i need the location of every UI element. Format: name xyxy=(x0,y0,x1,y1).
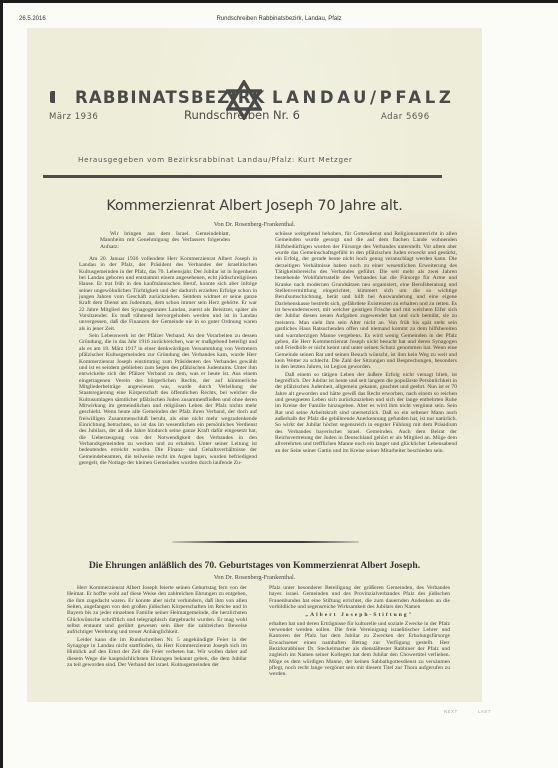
print-title: Rundschreiben Rabbinatsbezirk, Landau, P… xyxy=(0,16,558,22)
paragraph: Herr Kommerzienrat Albert Joseph feierte… xyxy=(67,585,247,636)
section-divider xyxy=(172,541,359,543)
print-header: 26.5.2016 Rundschreiben Rabbinatsbezirk,… xyxy=(0,16,558,28)
letterhead: RABBINATSBEZIRK LANDAU/PFALZ März 1936 R… xyxy=(27,28,482,138)
paragraph: Pfalz unter besonderer Beteiligung der g… xyxy=(269,585,450,610)
publisher-line: Herausgegeben vom Bezirksrabbinat Landau… xyxy=(78,155,353,164)
last-page-link[interactable]: LAST xyxy=(478,709,491,714)
issue-date-hebrew: Adar 5696 xyxy=(381,112,430,122)
article1-title: Kommerzienrat Albert Joseph 70 Jahre alt… xyxy=(27,198,482,214)
paragraph: Am 20. Januar 1936 vollendete Herr Komme… xyxy=(79,256,257,332)
intro-paragraph: Wir bringen aus dem Israel. Gemeindeblat… xyxy=(100,231,230,250)
header-rule xyxy=(43,175,442,178)
page-edge-mark xyxy=(50,91,55,103)
window-frame-left xyxy=(0,0,3,768)
issue-date-civil: März 1936 xyxy=(49,112,98,122)
foundation-name: „Albert Joseph-Stiftung" xyxy=(269,612,450,618)
next-page-link[interactable]: NEXT xyxy=(444,709,458,714)
article1-left-column: Am 20. Januar 1936 vollendete Herr Komme… xyxy=(79,256,257,466)
article2-left-column: Herr Kommerzienrat Albert Joseph feierte… xyxy=(67,585,247,668)
article2-title: Die Ehrungen anläßlich des 70. Geburtsta… xyxy=(27,560,482,571)
scanned-document: RABBINATSBEZIRK LANDAU/PFALZ März 1936 R… xyxy=(27,28,482,702)
article2-byline: Von Dr. Rosenberg-Frankenthal. xyxy=(27,574,482,581)
paragraph: erhalten hat und deren Erträgnisse für k… xyxy=(269,621,450,678)
letterhead-title-right: LANDAU/PFALZ xyxy=(272,88,454,107)
article1-intro: Wir bringen aus dem Israel. Gemeindeblat… xyxy=(100,231,230,250)
paragraph: Daß einem so tätigen Leben der äußere Er… xyxy=(275,372,457,454)
circular-number: Rundschreiben Nr. 6 xyxy=(184,108,300,122)
article1-right-column: schüsse weitgehend behoben, für Gottesdi… xyxy=(275,231,457,454)
paragraph: Leider kann die im Rundschreiben Nr. 5 a… xyxy=(67,637,247,669)
article1-byline: Von Dr. Rosenberg-Frankenthal. xyxy=(27,221,482,228)
window-frame-top xyxy=(0,0,558,3)
paragraph: schüsse weitgehend behoben, für Gottesdi… xyxy=(275,231,457,371)
paragraph: Sein Lebenswerk ist der Pfälzer Verband.… xyxy=(79,333,257,466)
article2-right-column: Pfalz unter besonderer Beteiligung der g… xyxy=(269,585,450,678)
